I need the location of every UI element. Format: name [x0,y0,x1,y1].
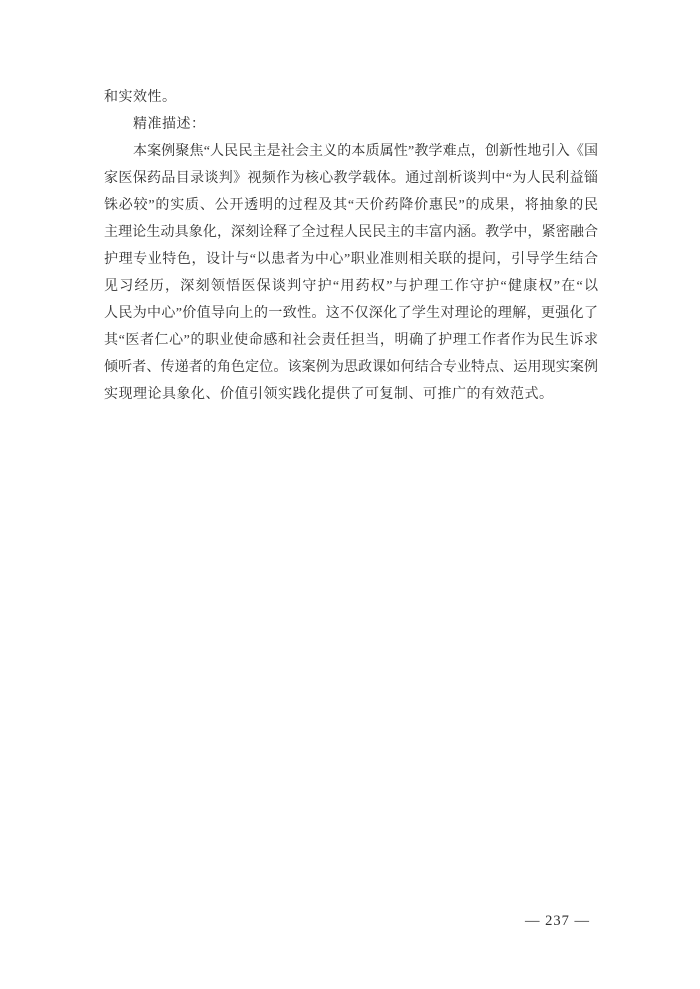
text-line: 其“医者仁心”的职业使命感和社会责任担当，明确了护理工作者作为民生诉求 [104,327,598,354]
text-line: 主理论生动具象化，深刻诠释了全过程人民民主的丰富内涵。教学中，紧密融合 [104,219,598,246]
text-line: 护理专业特色，设计与“以患者为中心”职业准则相关联的提问，引导学生结合 [104,246,598,273]
text-line: 倾听者、传递者的角色定位。该案例为思政课如何结合专业特点、运用现实案例 [104,354,598,381]
page-footer: — 237 — [104,911,598,931]
text-line: 和实效性。 [104,84,598,111]
text-line: 人民为中心”价值导向上的一致性。这不仅深化了学生对理论的理解，更强化了 [104,300,598,327]
text-line: 精准描述： [104,111,598,138]
text-line: 本案例聚焦“人民民主是社会主义的本质属性”教学难点，创新性地引入《国 [104,138,598,165]
document-page: 和实效性。精准描述：本案例聚焦“人民民主是社会主义的本质属性”教学难点，创新性地… [0,0,700,989]
text-line: 实现理论具象化、价值引领实践化提供了可复制、可推广的有效范式。 [104,381,598,408]
page-number: — 237 — [525,911,590,931]
text-line: 铢必较”的实质、公开透明的过程及其“天价药降价惠民”的成果，将抽象的民 [104,192,598,219]
text-content: 和实效性。精准描述：本案例聚焦“人民民主是社会主义的本质属性”教学难点，创新性地… [104,84,598,408]
text-line: 见习经历，深刻领悟医保谈判守护“用药权”与护理工作守护“健康权”在“以 [104,273,598,300]
text-line: 家医保药品目录谈判》视频作为核心教学载体。通过剖析谈判中“为人民利益锱 [104,165,598,192]
